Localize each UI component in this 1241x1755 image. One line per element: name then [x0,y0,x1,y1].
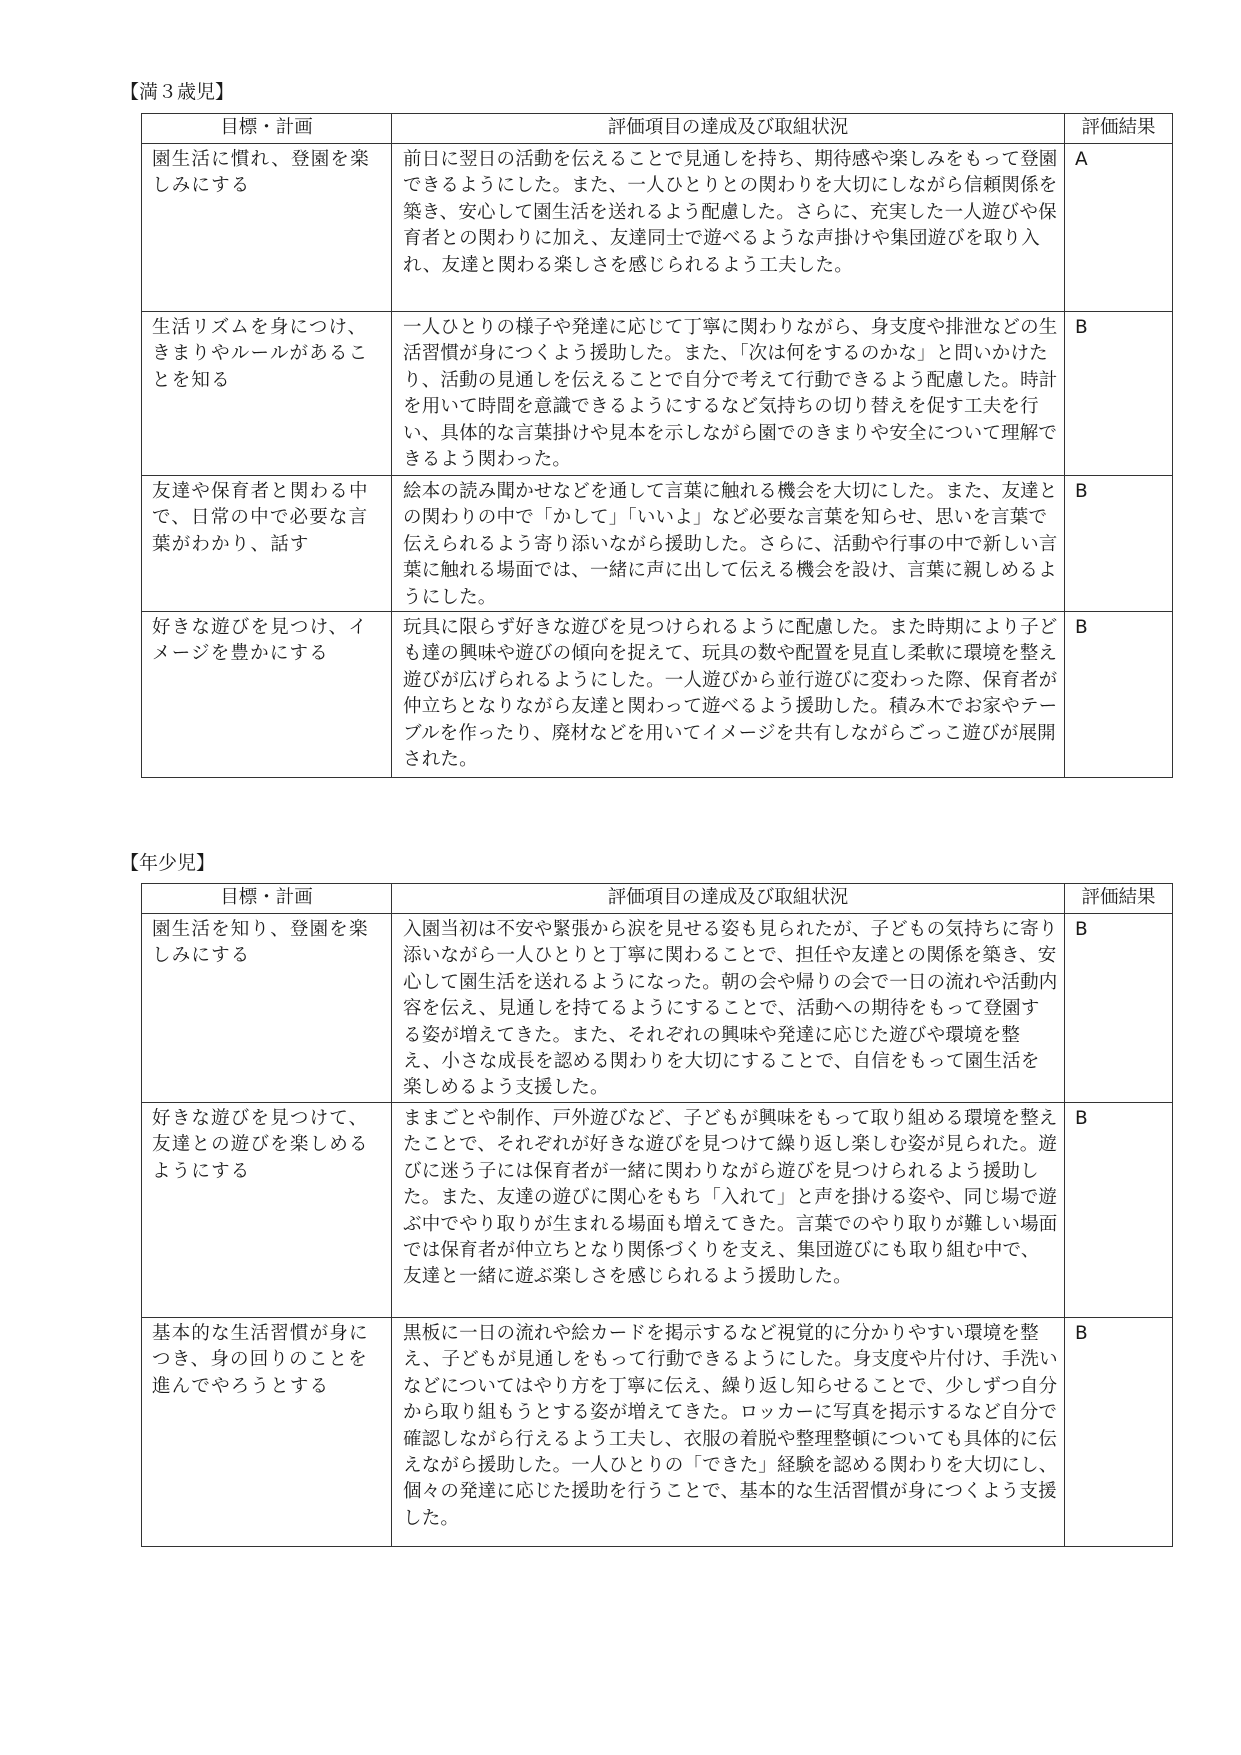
header-goal: 目標・計画 [142,884,392,914]
goal-cell: 友達や保育者と関わる中で、日常の中で必要な言葉がわかり、話す [142,476,392,612]
status-cell: 絵本の読み聞かせなどを通して言葉に触れる機会を大切にした。また、友達との関わりの… [392,476,1065,612]
goal-cell: 園生活に慣れ、登園を楽しみにする [142,144,392,312]
goal-cell: 生活リズムを身につけ、きまりやルールがあることを知る [142,312,392,476]
header-result: 評価結果 [1065,884,1173,914]
table-row: 基本的な生活習慣が身につき、身の回りのことを進んでやろうとする 黒板に一日の流れ… [142,1318,1173,1547]
goal-cell: 好きな遊びを見つけ、イメージを豊かにする [142,612,392,778]
table-header-row: 目標・計画 評価項目の達成及び取組状況 評価結果 [142,884,1173,914]
goal-cell: 好きな遊びを見つけて、友達との遊びを楽しめるようにする [142,1103,392,1318]
result-cell: B [1065,312,1173,476]
header-goal: 目標・計画 [142,114,392,144]
header-result: 評価結果 [1065,114,1173,144]
table-row: 好きな遊びを見つけ、イメージを豊かにする 玩具に限らず好きな遊びを見つけられるよ… [142,612,1173,778]
result-cell: A [1065,144,1173,312]
status-cell: 一人ひとりの様子や発達に応じて丁寧に関わりながら、身支度や排泄などの生活習慣が身… [392,312,1065,476]
evaluation-table-age3: 目標・計画 評価項目の達成及び取組状況 評価結果 園生活に慣れ、登園を楽しみにす… [141,113,1173,778]
goal-cell: 園生活を知り、登園を楽しみにする [142,914,392,1103]
evaluation-table-nensho: 目標・計画 評価項目の達成及び取組状況 評価結果 園生活を知り、登園を楽しみにす… [141,883,1173,1547]
table-row: 友達や保育者と関わる中で、日常の中で必要な言葉がわかり、話す 絵本の読み聞かせな… [142,476,1173,612]
result-cell: B [1065,914,1173,1103]
status-cell: 前日に翌日の活動を伝えることで見通しを持ち、期待感や楽しみをもって登園できるよう… [392,144,1065,312]
status-cell: 入園当初は不安や緊張から涙を見せる姿も見られたが、子どもの気持ちに寄り添いながら… [392,914,1065,1103]
header-status: 評価項目の達成及び取組状況 [392,884,1065,914]
table-row: 園生活を知り、登園を楽しみにする 入園当初は不安や緊張から涙を見せる姿も見られた… [142,914,1173,1103]
table-header-row: 目標・計画 評価項目の達成及び取組状況 評価結果 [142,114,1173,144]
goal-cell: 基本的な生活習慣が身につき、身の回りのことを進んでやろうとする [142,1318,392,1547]
result-cell: B [1065,1103,1173,1318]
table-row: 園生活に慣れ、登園を楽しみにする 前日に翌日の活動を伝えることで見通しを持ち、期… [142,144,1173,312]
result-cell: B [1065,612,1173,778]
status-cell: 玩具に限らず好きな遊びを見つけられるように配慮した。また時期により子ども達の興味… [392,612,1065,778]
result-cell: B [1065,476,1173,612]
result-cell: B [1065,1318,1173,1547]
status-cell: 黒板に一日の流れや絵カードを掲示するなど視覚的に分かりやすい環境を整え、子どもが… [392,1318,1065,1547]
status-cell: ままごとや制作、戸外遊びなど、子どもが興味をもって取り組める環境を整えたことで、… [392,1103,1065,1318]
section-title-nensho: 【年少児】 [120,851,215,875]
header-status: 評価項目の達成及び取組状況 [392,114,1065,144]
table-row: 好きな遊びを見つけて、友達との遊びを楽しめるようにする ままごとや制作、戸外遊び… [142,1103,1173,1318]
section-title-age3: 【満３歳児】 [120,80,234,104]
table-row: 生活リズムを身につけ、きまりやルールがあることを知る 一人ひとりの様子や発達に応… [142,312,1173,476]
